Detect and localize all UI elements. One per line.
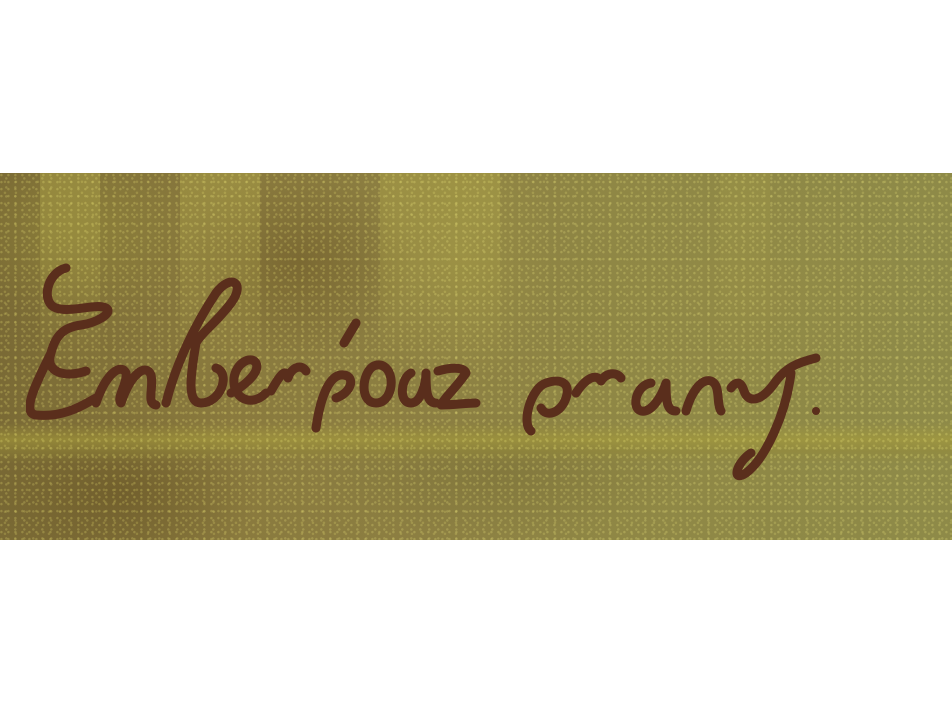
inscription-text: Emberés az arany. <box>56 393 857 493</box>
inscription-photo: Emberés az arany. <box>0 173 952 540</box>
handwritten-inscription: Emberés az arany. <box>26 263 936 483</box>
